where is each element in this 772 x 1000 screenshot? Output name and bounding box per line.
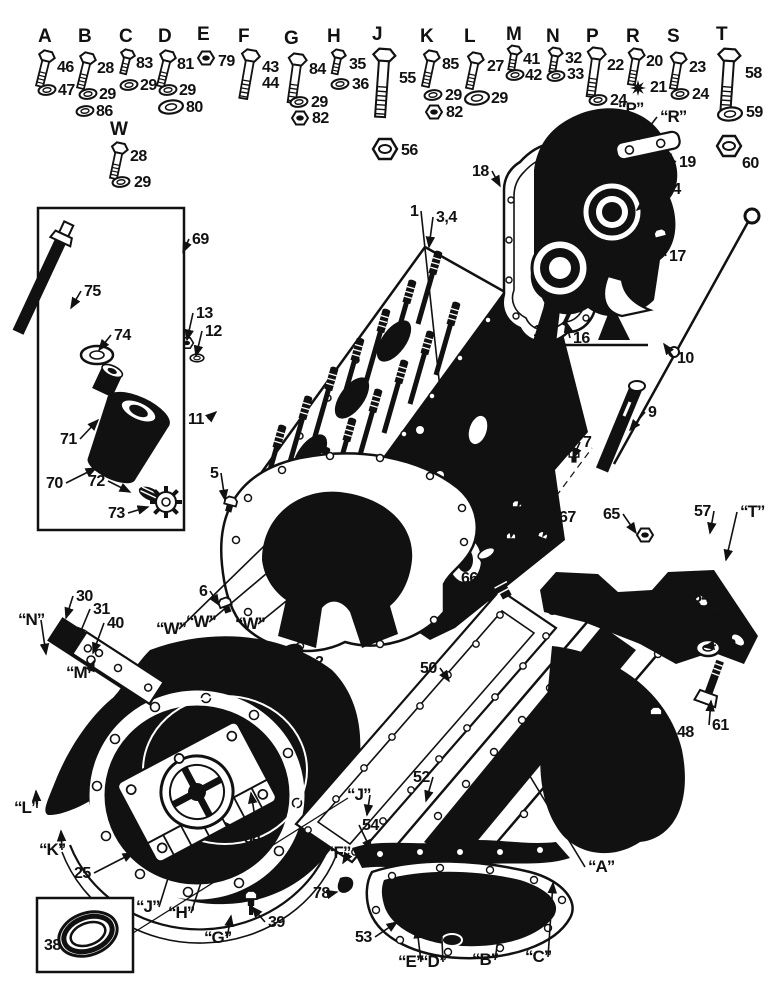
part-label-81: 81 [177, 56, 194, 73]
bolt-61 [694, 657, 730, 707]
ref-letter-M: “M” [66, 663, 95, 682]
fastener-group-letter-F: F [238, 26, 249, 47]
part-label-23: 23 [689, 59, 706, 76]
part-label-7: 7 [517, 515, 526, 532]
part-label-57: 57 [694, 503, 711, 520]
ref-letter-K: “K” [39, 840, 66, 859]
part-label-28: 28 [97, 60, 114, 77]
bolt-s-icon [504, 45, 522, 71]
washer-74 [81, 346, 113, 364]
part-label-43: 43 [262, 59, 279, 76]
ref-letter-J: “J” [136, 897, 160, 916]
part-label-82: 82 [446, 104, 463, 121]
ref-letter-R: “R” [660, 107, 687, 126]
ref-letter-T: “T” [740, 502, 765, 521]
part-label-65: 65 [603, 506, 620, 523]
part-label-29: 29 [311, 94, 328, 111]
part-label-73: 73 [108, 505, 125, 522]
part-label-12: 12 [205, 323, 222, 340]
bolt-m-icon [462, 52, 485, 91]
part-label-39: 39 [268, 914, 285, 931]
fastener-group-letter-M: M [506, 24, 521, 45]
part-label-28: 28 [130, 148, 147, 165]
part-label-41: 41 [523, 51, 540, 68]
ref-letter-W: “W” [156, 619, 187, 638]
leader-line-T [726, 512, 737, 560]
nut-s-icon [198, 52, 214, 65]
part-label-68: 68 [463, 593, 480, 610]
part-label-60: 60 [742, 155, 759, 172]
part-label-29: 29 [491, 90, 508, 107]
fastener-group-letter-J: J [372, 24, 382, 45]
nut-s-icon [426, 106, 442, 119]
bolt-s-icon [545, 47, 563, 73]
part-label-72: 72 [88, 473, 105, 490]
part-label-59: 59 [746, 104, 763, 121]
fastener-group-letter-B: B [78, 26, 91, 47]
part-label-71: 71 [60, 431, 77, 448]
fastener-group-letter-D: D [158, 26, 171, 47]
bolt-s-icon [116, 49, 135, 76]
part-label-16: 16 [573, 330, 590, 347]
leader-line-65 [623, 514, 636, 533]
part-label-80: 80 [186, 99, 203, 116]
part-label-62: 62 [719, 637, 736, 654]
part-label-29: 29 [445, 87, 462, 104]
washer-s-icon [671, 88, 689, 100]
bolt-l-icon [234, 49, 260, 100]
leader-line-12 [196, 331, 202, 356]
part-label-14: 14 [664, 181, 681, 198]
leader-line-5 [221, 473, 225, 500]
diagram-svg: A4647B282986C8329D812980E79F4344G842982H… [0, 0, 772, 1000]
ref-letter-W: “W” [186, 612, 217, 631]
part-label-21: 21 [650, 79, 667, 96]
part-label-13: 13 [196, 305, 213, 322]
ref-letter-J: “J” [347, 785, 371, 804]
fastener-group-letter-N: N [546, 26, 559, 47]
part-label-19: 19 [679, 154, 696, 171]
part-label-36: 36 [352, 76, 369, 93]
part-label-15: 15 [533, 323, 550, 340]
part-label-10: 10 [677, 350, 694, 367]
part-label-58: 58 [745, 65, 762, 82]
part-label-53: 53 [355, 929, 372, 946]
part-label-2: 2 [315, 654, 324, 671]
ref-letter-G: “G” [204, 928, 232, 947]
fastener-group-letter-G: G [284, 28, 298, 49]
part-label-34: 34 [244, 830, 261, 847]
star-icon [630, 80, 646, 96]
part-label-5: 5 [210, 465, 219, 482]
part-label-69: 69 [192, 231, 209, 248]
part-label-49: 49 [660, 743, 677, 760]
ref-letter-A: “A” [588, 857, 615, 876]
fastener-group-letter-S: S [667, 26, 679, 47]
part-label-6: 6 [199, 583, 208, 600]
part-label-74: 74 [114, 327, 131, 344]
part-label-63: 63 [708, 611, 725, 628]
ref-letter-S: “S” [622, 240, 648, 259]
fastener-group-letter-R: R [626, 26, 640, 47]
fastener-group-letter-L: L [464, 26, 476, 47]
leader-line-11 [208, 412, 216, 419]
part-label-84: 84 [309, 61, 326, 78]
part-label-64: 64 [693, 589, 710, 606]
part-label-78: 78 [313, 885, 330, 902]
part-label-55: 55 [399, 70, 416, 87]
bolt-s-icon [328, 49, 347, 75]
washer-s-icon [120, 79, 138, 91]
ref-letter-C: “C” [525, 947, 552, 966]
ref-letter-B: “B” [472, 950, 499, 969]
part-label-56: 56 [401, 142, 418, 159]
nut-l-icon [717, 136, 741, 156]
ref-letter-D: “D” [420, 952, 447, 971]
leader-line-30 [66, 596, 73, 618]
nut-l-icon [373, 139, 397, 159]
fastener-group-letter-C: C [119, 26, 133, 47]
bolt-m-icon [623, 48, 645, 86]
ref-letter-N: “N” [18, 610, 45, 629]
bolt-l-icon [283, 53, 308, 104]
bolt-m-icon [106, 142, 129, 181]
leader-line-13 [187, 313, 193, 340]
exploded-parts-diagram-page: A4647B282986C8329D812980E79F4344G842982H… [0, 0, 772, 1000]
part-label-22: 22 [607, 57, 624, 74]
part-label-66: 66 [461, 570, 478, 587]
part-label-8: 8 [531, 481, 540, 498]
part-label-46: 46 [57, 59, 74, 76]
washer-12-icon [190, 354, 204, 362]
washer-l-icon [464, 90, 490, 106]
fastener-group-letter-K: K [420, 26, 434, 47]
washer-s-icon [424, 89, 442, 101]
dipstick-tube-9 [602, 381, 645, 470]
part-label-20: 20 [646, 53, 663, 70]
part-label-7: 7 [583, 434, 592, 451]
part-label-40: 40 [107, 615, 124, 632]
part-label-67: 67 [559, 509, 576, 526]
bottom-cover-53 [367, 861, 573, 958]
part-label-47: 47 [58, 82, 75, 99]
part-label-17: 17 [669, 248, 686, 265]
part-label-25: 25 [74, 865, 91, 882]
part-label-86: 86 [96, 103, 113, 120]
leader-line-18 [492, 171, 500, 186]
part-label-48: 48 [677, 724, 694, 741]
ref-letter-W: “W” [235, 614, 266, 633]
fastener-group-letter-H: H [327, 26, 340, 47]
leader-line-78 [333, 892, 337, 893]
part-label-83: 83 [136, 55, 153, 72]
part-label-11: 11 [188, 411, 205, 428]
nut-65-icon [637, 529, 653, 542]
bolt-m-icon [665, 52, 687, 90]
fastener-group-letter-W: W [110, 119, 128, 140]
part-label-42: 42 [525, 67, 542, 84]
gear-73 [150, 486, 182, 518]
washer-s-icon [506, 69, 524, 81]
part-label-1: 1 [410, 203, 419, 220]
ref-letter-F: “F” [326, 843, 351, 862]
part-label-35: 35 [349, 56, 366, 73]
bolt-xl-icon [369, 48, 396, 117]
washer-l-icon [158, 99, 184, 115]
part-label-34: 3,4 [436, 209, 457, 226]
part-label-82: 82 [312, 110, 329, 127]
part-label-51: 51 [548, 602, 565, 619]
ref-letter-H: “H” [168, 903, 195, 922]
part-label-29: 29 [99, 86, 116, 103]
part-label-44: 44 [262, 75, 279, 92]
fastener-group-letter-A: A [38, 26, 52, 47]
bolt-m-icon [32, 49, 56, 88]
leader-line-9 [630, 412, 645, 430]
part-label-29: 29 [140, 77, 157, 94]
part-label-54: 54 [362, 817, 379, 834]
bolt-m-icon [418, 50, 441, 89]
leader-line-66 [481, 570, 482, 578]
fastener-group-letter-E: E [197, 24, 209, 45]
washer-s-icon [79, 88, 97, 100]
fastener-group-letter-P: P [586, 26, 599, 47]
fastener-group-letter-T: T [716, 24, 728, 45]
part-label-9: 9 [648, 404, 657, 421]
bolt-m-icon [73, 51, 97, 90]
part-label-38: 38 [44, 937, 61, 954]
part-label-85: 85 [442, 56, 459, 73]
part-label-75: 75 [84, 283, 101, 300]
part-label-33: 33 [567, 66, 584, 83]
part-label-70: 70 [46, 475, 63, 492]
part-label-45: 45 [650, 782, 667, 799]
bolt-l-icon [582, 47, 607, 98]
part-label-27: 27 [487, 58, 504, 75]
part-label-18: 18 [472, 163, 489, 180]
leader-line-34 [429, 217, 433, 247]
part-label-29: 29 [179, 82, 196, 99]
part-label-32: 32 [565, 50, 582, 67]
part-label-79: 79 [218, 53, 235, 70]
part-label-61: 61 [712, 717, 729, 734]
part-label-52: 52 [413, 769, 430, 786]
part-label-50: 50 [420, 660, 437, 677]
part-label-37: 37 [258, 809, 275, 826]
ref-letter-P: “P” [618, 99, 644, 118]
part-label-24: 24 [692, 86, 709, 103]
ref-letter-L: “L” [14, 798, 39, 817]
washer-s-icon [331, 78, 349, 90]
washer-s-icon [76, 105, 94, 117]
part-label-30: 30 [76, 588, 93, 605]
clip-78 [338, 877, 354, 893]
part-label-29: 29 [134, 174, 151, 191]
nut-s-icon [292, 112, 308, 125]
washer-62 [696, 640, 720, 656]
